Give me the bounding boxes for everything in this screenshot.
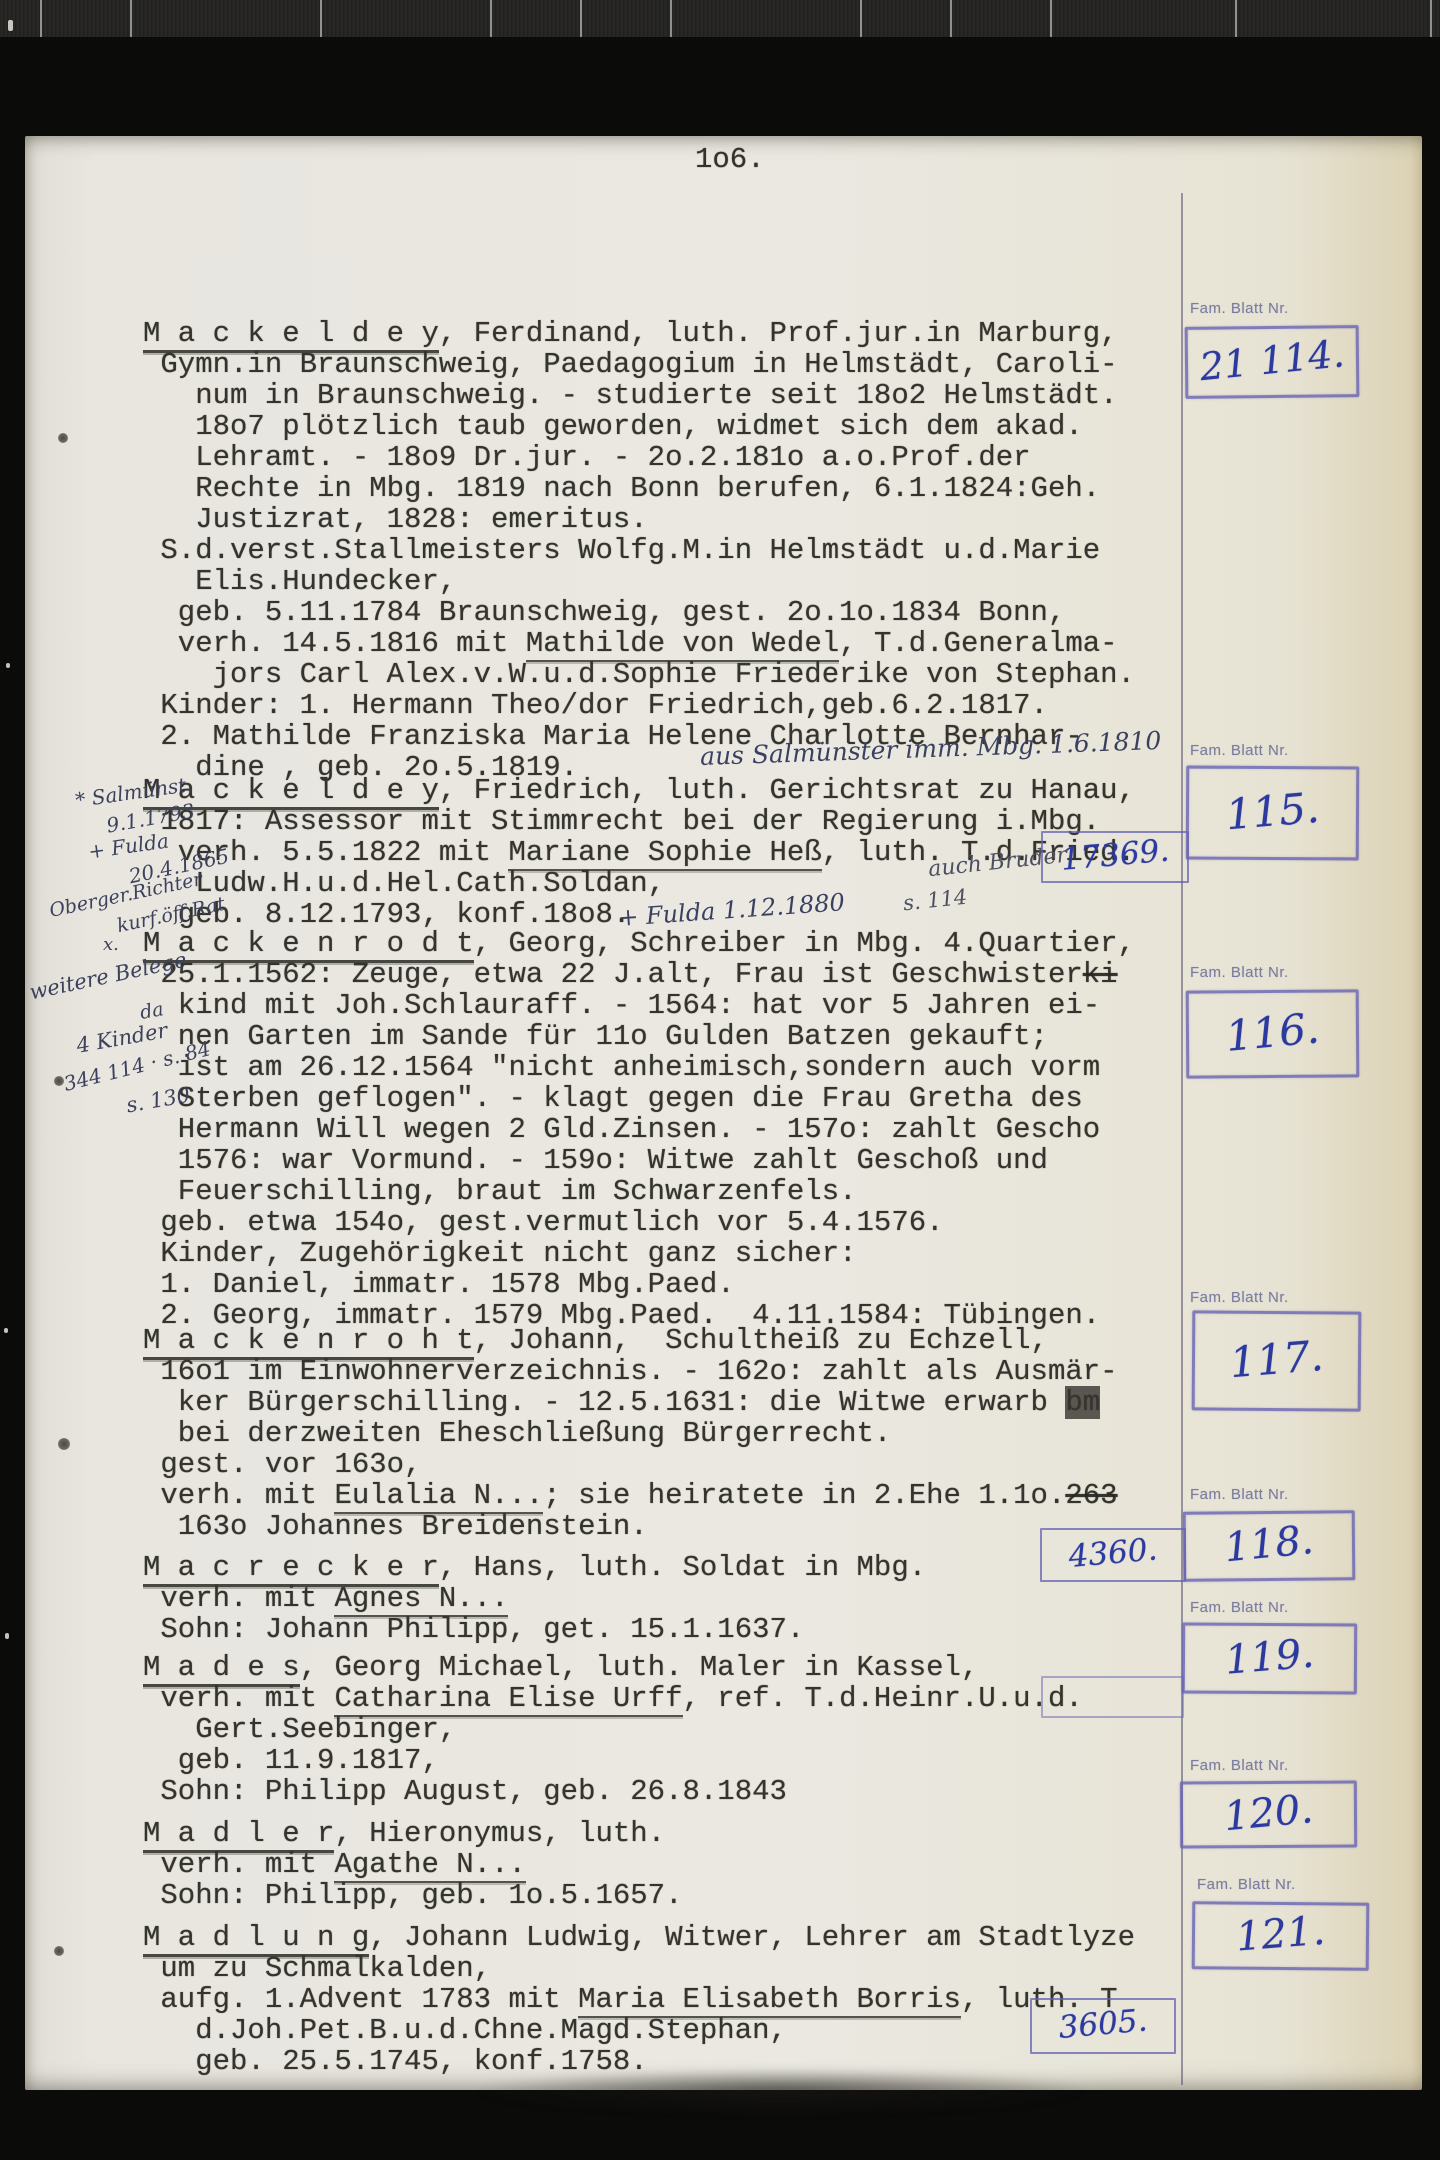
line-text: verh. mit (143, 1479, 334, 1512)
entry-line: 1576: war Vormund. - 159o: Witwe zahlt G… (143, 1145, 1135, 1176)
entry-line: d.Joh.Pet.B.u.d.Chne.Magd.Stephan, (143, 2015, 1135, 2046)
line-text: 1817: Assessor mit Stimmrecht bei der Re… (143, 805, 1100, 838)
entry-line: Hermann Will wegen 2 Gld.Zinsen. - 157o:… (143, 1114, 1135, 1145)
fam-blatt-stamp-121: 121. (1192, 1901, 1370, 1971)
fam-blatt-label: Fam. Blatt Nr. (1190, 964, 1289, 981)
line-text: Sohn: Johann Philipp, get. 15.1.1637. (143, 1613, 804, 1646)
line-text: , Hans, luth. Soldat in Mbg. (439, 1551, 926, 1584)
fam-blatt-stamp-114: 21 114. (1185, 325, 1360, 399)
fam-blatt-label: Fam. Blatt Nr. (1190, 1599, 1289, 1616)
line-text: geb. etwa 154o, gest.vermutlich vor 5.4.… (143, 1206, 944, 1239)
fam-blatt-label: Fam. Blatt Nr. (1190, 1757, 1289, 1774)
line-text: Mathilde von Wedel (526, 627, 839, 662)
line-text: Kinder: 1. Hermann Theo/dor Friedrich,ge… (143, 689, 1048, 722)
fam-blatt-number: 21 114. (1186, 330, 1357, 390)
line-text: Rechte in Mbg. 1819 nach Bonn berufen, 6… (143, 472, 1100, 505)
entry-2: M a c k e n r o d t, Georg, Schreiber in… (143, 928, 1135, 1331)
line-text: um zu Schmalkalden, (143, 1952, 491, 1985)
line-text: Sohn: Philipp, geb. 1o.5.1657. (143, 1879, 683, 1912)
line-text: verh. mit (143, 1682, 334, 1715)
entry-line: ker Bürgerschilling. - 12.5.1631: die Wi… (143, 1387, 1118, 1418)
line-text: 25.1.1562: Zeuge, etwa 22 J.alt, Frau is… (143, 958, 1083, 991)
entry-line: geb. 25.5.1745, konf.1758. (143, 2046, 1135, 2077)
entry-line: M a d l e r, Hieronymus, luth. (143, 1818, 683, 1849)
line-text: aufg. 1.Advent 1783 mit (143, 1983, 578, 2016)
entry-line: gest. vor 163o, (143, 1449, 1118, 1480)
entry-line: jors Carl Alex.v.W.u.d.Sophie Friederike… (143, 659, 1135, 690)
fam-blatt-label: Fam. Blatt Nr. (1190, 1486, 1289, 1503)
entry-line: Sohn: Philipp August, geb. 26.8.1843 (143, 1776, 1083, 1807)
entry-line: ist am 26.12.1564 "nicht anheimisch,sond… (143, 1052, 1135, 1083)
entry-line: verh. 14.5.1816 mit Mathilde von Wedel, … (143, 628, 1135, 659)
entry-line: M a c k e l d e y, Friedrich, luth. Geri… (143, 775, 1135, 806)
line-text: Agathe N... (334, 1848, 525, 1883)
line-text: verh. mit (143, 1582, 334, 1615)
entry-line: 16o1 im Einwohnerverzeichnis. - 162o: za… (143, 1356, 1118, 1387)
entry-line: 163o Johannes Breidenstein. (143, 1511, 1118, 1542)
entry-line: Kinder, Zugehörigkeit nicht ganz sicher: (143, 1238, 1135, 1269)
line-text: , Georg, Schreiber in Mbg. 4.Quartier, (474, 927, 1135, 960)
line-text: , Ferdinand, luth. Prof.jur.in Marburg, (439, 317, 1118, 350)
entry-line: kind mit Joh.Schlauraff. - 1564: hat vor… (143, 990, 1135, 1021)
fam-blatt-number: 121. (1193, 1905, 1367, 1964)
line-text: , Georg Michael, luth. Maler in Kassel, (300, 1651, 979, 1684)
fam-blatt-stamp-120: 120. (1180, 1781, 1357, 1849)
fam-blatt-number: 116. (1187, 1000, 1358, 1064)
fam-blatt-stamp-117: 117. (1192, 1310, 1362, 1411)
line-text: S.d.verst.Stallmeisters Wolfg.M.in Helms… (143, 534, 1100, 567)
line-text: ki (1083, 958, 1118, 991)
line-text: , Friedrich, luth. Gerichtsrat zu Hanau, (439, 774, 1135, 807)
entry-line: 25.1.1562: Zeuge, etwa 22 J.alt, Frau is… (143, 959, 1135, 990)
entry-line: geb. etwa 154o, gest.vermutlich vor 5.4.… (143, 1207, 1135, 1238)
fam-blatt-stamp-119: 119. (1182, 1623, 1357, 1695)
line-text: geb. 11.9.1817, (143, 1744, 439, 1777)
line-text: Sohn: Philipp August, geb. 26.8.1843 (143, 1775, 787, 1808)
line-text: gest. vor 163o, (143, 1448, 421, 1481)
line-text: Elis.Hundecker, (143, 565, 456, 598)
line-text: geb. 5.11.1784 Braunschweig, gest. 2o.1o… (143, 596, 1065, 629)
line-text: , ref. T.d.Heinr.U.u.d. (683, 1682, 1083, 1715)
entry-line: verh. mit Catharina Elise Urff, ref. T.d… (143, 1683, 1083, 1714)
line-text: Hermann Will wegen 2 Gld.Zinsen. - 157o:… (143, 1113, 1100, 1146)
ref-box-empty (1041, 1676, 1184, 1718)
fam-blatt-label: Fam. Blatt Nr. (1190, 300, 1289, 317)
line-text: Catharina Elise Urff (334, 1682, 682, 1717)
fam-blatt-label: Fam. Blatt Nr. (1197, 1876, 1296, 1893)
line-text: verh. mit (143, 1848, 334, 1881)
entry-line: aufg. 1.Advent 1783 mit Maria Elisabeth … (143, 1984, 1135, 2015)
fam-blatt-label: Fam. Blatt Nr. (1190, 742, 1289, 759)
line-text: 163o Johannes Breidenstein. (143, 1510, 648, 1543)
entry-7: M a d l u n g, Johann Ludwig, Witwer, Le… (143, 1922, 1135, 2077)
fam-blatt-number: 117. (1193, 1328, 1359, 1390)
entry-line: Sterben geflogen". - klagt gegen die Fra… (143, 1083, 1135, 1114)
line-text: ; sie heiratete in 2.Ehe 1.1o. (543, 1479, 1065, 1512)
line-text: Sterben geflogen". - klagt gegen die Fra… (143, 1082, 1083, 1115)
line-text: 263 (1065, 1479, 1117, 1512)
scanned-microfilm-page: 1o6. M a c k e l d e y, Ferdinand, luth.… (0, 0, 1440, 2160)
line-text: Justizrat, 1828: emeritus. (143, 503, 648, 536)
entry-3: M a c k e n r o h t, Johann, Schultheiß … (143, 1325, 1118, 1542)
line-text: Maria Elisabeth Borris (578, 1983, 961, 2018)
entry-6: M a d l e r, Hieronymus, luth. verh. mit… (143, 1818, 683, 1911)
ref-number: 4360. (1041, 1529, 1186, 1577)
entry-line: num in Braunschweig. - studierte seit 18… (143, 380, 1135, 411)
fam-blatt-number: 118. (1184, 1513, 1354, 1575)
entry-line: Justizrat, 1828: emeritus. (143, 504, 1135, 535)
entry-line: 18o7 plötzlich taub geworden, widmet sic… (143, 411, 1135, 442)
ref-number (1043, 1691, 1181, 1703)
line-text: 18o7 plötzlich taub geworden, widmet sic… (143, 410, 1083, 443)
entry-line: Elis.Hundecker, (143, 566, 1135, 597)
entry-5: M a d e s, Georg Michael, luth. Maler in… (143, 1652, 1083, 1807)
line-text: , Johann Ludwig, Witwer, Lehrer am Stadt… (369, 1921, 1135, 1954)
line-text: 1. Daniel, immatr. 1578 Mbg.Paed. (143, 1268, 735, 1301)
entry-line: S.d.verst.Stallmeisters Wolfg.M.in Helms… (143, 535, 1135, 566)
entry-line: Gymn.in Braunschweig, Paedagogium in Hel… (143, 349, 1135, 380)
entry-line: verh. mit Eulalia N...; sie heiratete in… (143, 1480, 1118, 1511)
line-text: bei derzweiten Eheschließung Bürgerrecht… (143, 1417, 891, 1450)
entry-line: 1817: Assessor mit Stimmrecht bei der Re… (143, 806, 1135, 837)
line-text: Feuerschilling, braut im Schwarzenfels. (143, 1175, 857, 1208)
entry-line: um zu Schmalkalden, (143, 1953, 1135, 1984)
line-text: Mariane Sophie Heß (508, 836, 821, 871)
entry-line: geb. 11.9.1817, (143, 1745, 1083, 1776)
fam-blatt-number: 120. (1181, 1782, 1356, 1844)
line-text: d.Joh.Pet.B.u.d.Chne.Magd.Stephan, (143, 2014, 787, 2047)
line-text: Lehramt. - 18o9 Dr.jur. - 2o.2.181o a.o.… (143, 441, 1031, 474)
entry-line: Gert.Seebinger, (143, 1714, 1083, 1745)
ref-number: 3605. (1031, 2000, 1176, 2048)
entry-line: M a c r e c k e r, Hans, luth. Soldat in… (143, 1552, 926, 1583)
fam-blatt-stamp-118: 118. (1183, 1510, 1356, 1581)
line-text: Eulalia N... (334, 1479, 543, 1514)
line-text: jors Carl Alex.v.W.u.d.Sophie Friederike… (143, 658, 1135, 691)
line-text: kind mit Joh.Schlauraff. - 1564: hat vor… (143, 989, 1100, 1022)
margin-note: x. (103, 934, 119, 955)
line-text: ist am 26.12.1564 "nicht anheimisch,sond… (143, 1051, 1100, 1084)
fam-blatt-number: 119. (1183, 1627, 1355, 1687)
fam-blatt-number: 115. (1187, 780, 1357, 843)
fam-blatt-stamp-115: 115. (1186, 766, 1359, 861)
entry-line: verh. mit Agathe N... (143, 1849, 683, 1880)
ref-box-4360: 4360. (1040, 1528, 1186, 1582)
entry-line: verh. mit Agnes N... (143, 1583, 926, 1614)
line-text: verh. 14.5.1816 mit (143, 627, 526, 660)
line-text: num in Braunschweig. - studierte seit 18… (143, 379, 1118, 412)
line-text: Kinder, Zugehörigkeit nicht ganz sicher: (143, 1237, 857, 1270)
entry-line: 1. Daniel, immatr. 1578 Mbg.Paed. (143, 1269, 1135, 1300)
line-text: geb. 25.5.1745, konf.1758. (143, 2045, 648, 2078)
entry-line: M a d l u n g, Johann Ludwig, Witwer, Le… (143, 1922, 1135, 1953)
line-text: , T.d.Generalma- (839, 627, 1117, 660)
line-text: , Johann, Schultheiß zu Echzell, (474, 1324, 1048, 1357)
entry-line: geb. 5.11.1784 Braunschweig, gest. 2o.1o… (143, 597, 1135, 628)
entry-line: nen Garten im Sande für 11o Gulden Batze… (143, 1021, 1135, 1052)
entry-line: Lehramt. - 18o9 Dr.jur. - 2o.2.181o a.o.… (143, 442, 1135, 473)
entry-line: M a c k e n r o h t, Johann, Schultheiß … (143, 1325, 1118, 1356)
entry-4: M a c r e c k e r, Hans, luth. Soldat in… (143, 1552, 926, 1645)
fam-blatt-label: Fam. Blatt Nr. (1190, 1289, 1289, 1306)
line-text: ker Bürgerschilling. - 12.5.1631: die Wi… (143, 1386, 1065, 1419)
entry-line: Rechte in Mbg. 1819 nach Bonn berufen, 6… (143, 473, 1135, 504)
entry-line: bei derzweiten Eheschließung Bürgerrecht… (143, 1418, 1118, 1449)
line-text: 1576: war Vormund. - 159o: Witwe zahlt G… (143, 1144, 1048, 1177)
line-text: Gymn.in Braunschweig, Paedagogium in Hel… (143, 348, 1118, 381)
line-text: nen Garten im Sande für 11o Gulden Batze… (143, 1020, 1048, 1053)
ref-box-3605: 3605. (1030, 1998, 1176, 2054)
entry-line: M a c k e l d e y, Ferdinand, luth. Prof… (143, 318, 1135, 349)
entry-line: M a c k e n r o d t, Georg, Schreiber in… (143, 928, 1135, 959)
line-text: 16o1 im Einwohnerverzeichnis. - 162o: za… (143, 1355, 1118, 1388)
line-text: bm (1065, 1386, 1100, 1419)
entry-line: Feuerschilling, braut im Schwarzenfels. (143, 1176, 1135, 1207)
line-text: Agnes N... (334, 1582, 508, 1617)
entry-line: Sohn: Philipp, geb. 1o.5.1657. (143, 1880, 683, 1911)
entry-0: M a c k e l d e y, Ferdinand, luth. Prof… (143, 318, 1135, 783)
entry-line: Kinder: 1. Hermann Theo/dor Friedrich,ge… (143, 690, 1135, 721)
entry-line: M a d e s, Georg Michael, luth. Maler in… (143, 1652, 1083, 1683)
line-text: Gert.Seebinger, (143, 1713, 456, 1746)
fam-blatt-stamp-116: 116. (1186, 989, 1360, 1078)
line-text: , Hieronymus, luth. (334, 1817, 665, 1850)
entry-line: Sohn: Johann Philipp, get. 15.1.1637. (143, 1614, 926, 1645)
